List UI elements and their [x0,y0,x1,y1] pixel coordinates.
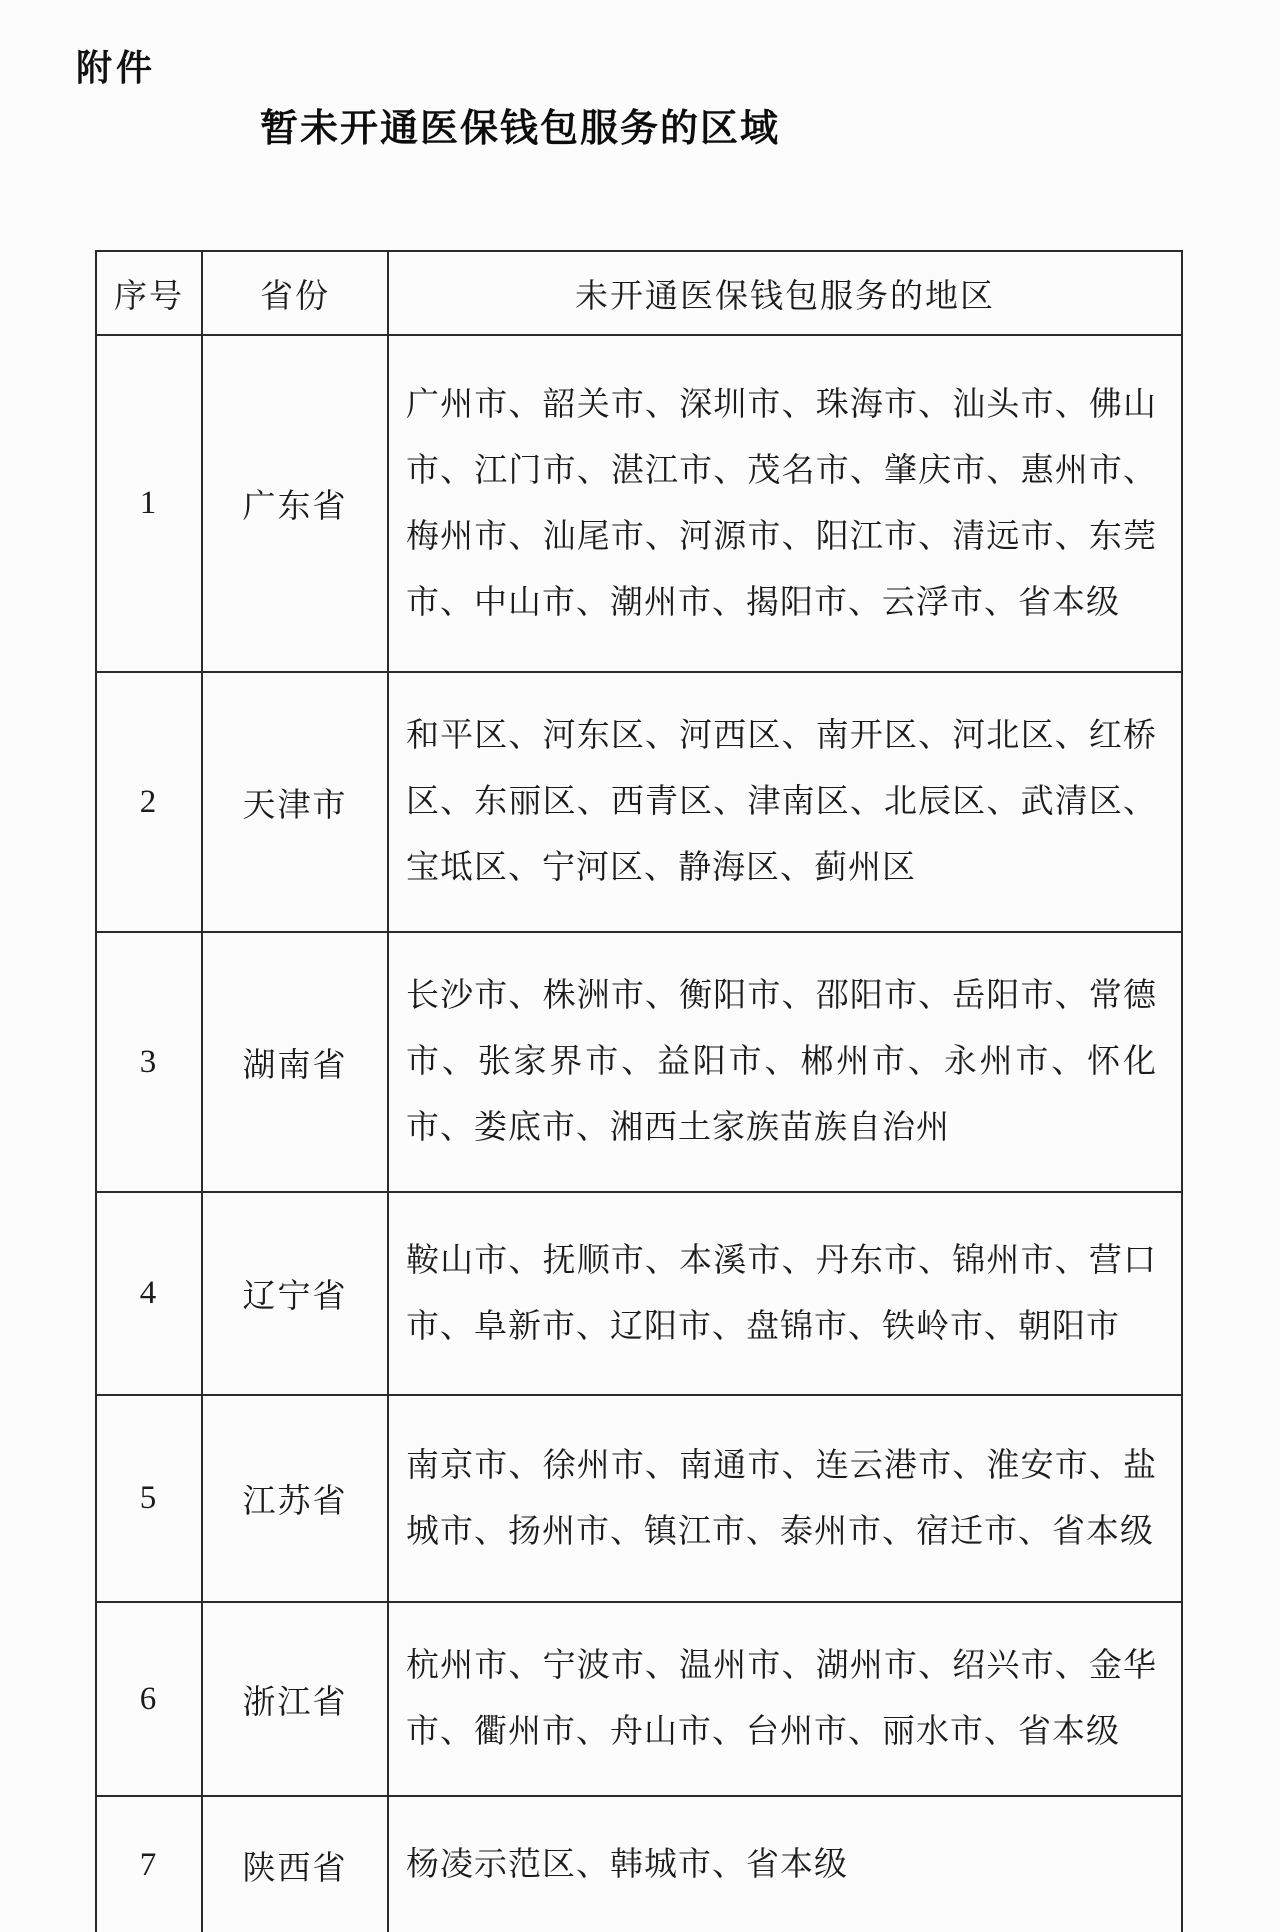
row-province: 湖南省 [202,932,388,1192]
table-row: 1 广东省 广州市、韶关市、深圳市、珠海市、汕头市、佛山市、江门市、湛江市、茂名… [96,335,1182,672]
table-row: 7 陕西省 杨凌示范区、韩城市、省本级 [96,1796,1182,1932]
attachment-label: 附件 [76,40,156,91]
row-province: 浙江省 [202,1602,388,1796]
table-row: 3 湖南省 长沙市、株洲市、衡阳市、邵阳市、岳阳市、常德市、张家界市、益阳市、郴… [96,932,1182,1192]
column-header-province: 省份 [202,251,388,335]
row-province: 辽宁省 [202,1192,388,1395]
row-regions: 杭州市、宁波市、温州市、湖州市、绍兴市、金华市、衢州市、舟山市、台州市、丽水市、… [388,1602,1182,1796]
row-regions: 和平区、河东区、河西区、南开区、河北区、红桥区、东丽区、西青区、津南区、北辰区、… [388,672,1182,932]
row-province: 天津市 [202,672,388,932]
row-regions: 广州市、韶关市、深圳市、珠海市、汕头市、佛山市、江门市、湛江市、茂名市、肇庆市、… [388,335,1182,672]
table-row: 4 辽宁省 鞍山市、抚顺市、本溪市、丹东市、锦州市、营口市、阜新市、辽阳市、盘锦… [96,1192,1182,1395]
row-index: 4 [96,1192,202,1395]
row-index: 3 [96,932,202,1192]
row-index: 7 [96,1796,202,1932]
row-regions: 杨凌示范区、韩城市、省本级 [388,1796,1182,1932]
row-index: 1 [96,335,202,672]
row-regions: 鞍山市、抚顺市、本溪市、丹东市、锦州市、营口市、阜新市、辽阳市、盘锦市、铁岭市、… [388,1192,1182,1395]
table-row: 2 天津市 和平区、河东区、河西区、南开区、河北区、红桥区、东丽区、西青区、津南… [96,672,1182,932]
row-index: 6 [96,1602,202,1796]
column-header-index: 序号 [96,251,202,335]
table-row: 5 江苏省 南京市、徐州市、南通市、连云港市、淮安市、盐城市、扬州市、镇江市、泰… [96,1395,1182,1602]
row-regions: 长沙市、株洲市、衡阳市、邵阳市、岳阳市、常德市、张家界市、益阳市、郴州市、永州市… [388,932,1182,1192]
row-province: 陕西省 [202,1796,388,1932]
table-row: 6 浙江省 杭州市、宁波市、温州市、湖州市、绍兴市、金华市、衢州市、舟山市、台州… [96,1602,1182,1796]
page-title: 暂未开通医保钱包服务的区域 [0,97,1040,152]
row-index: 5 [96,1395,202,1602]
row-province: 广东省 [202,335,388,672]
table-header-row: 序号 省份 未开通医保钱包服务的地区 [96,251,1182,335]
row-index: 2 [96,672,202,932]
column-header-regions: 未开通医保钱包服务的地区 [388,251,1182,335]
row-regions: 南京市、徐州市、南通市、连云港市、淮安市、盐城市、扬州市、镇江市、泰州市、宿迁市… [388,1395,1182,1602]
regions-table: 序号 省份 未开通医保钱包服务的地区 1 广东省 广州市、韶关市、深圳市、珠海市… [95,250,1183,1932]
row-province: 江苏省 [202,1395,388,1602]
